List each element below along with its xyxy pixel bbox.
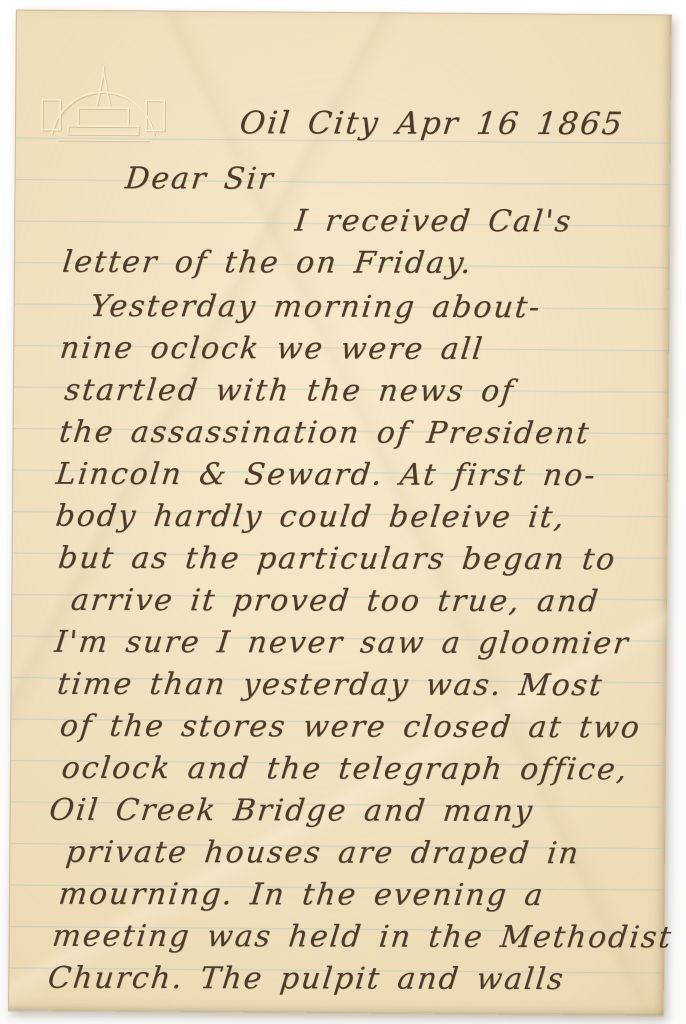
letter-line: meeting was held in the Methodist: [51, 919, 675, 956]
embossed-capitol-seal-icon: [38, 56, 169, 152]
letter-line: Lincoln & Seward. At first no-: [54, 457, 598, 493]
letter-line: nine oclock we were all: [58, 331, 486, 367]
letter-line: Church. The pulpit and walls: [46, 961, 566, 997]
letter-line: I'm sure I never saw a gloomier: [53, 625, 632, 661]
letter-paper: Oil City Apr 16 1865 Dear Sir I received…: [8, 9, 672, 1016]
letter-line: body hardly could beleive it,: [54, 499, 568, 535]
letter-line: but as the particulars began to: [56, 541, 618, 577]
letter-line: mourning. In the evening a: [57, 877, 546, 913]
letter-line: oclock and the telegraph office,: [60, 751, 630, 787]
scan-background: Oil City Apr 16 1865 Dear Sir I received…: [0, 0, 686, 1024]
letter-line: Oil Creek Bridge and many: [48, 793, 536, 829]
letter-line: of the stores were closed at two: [58, 709, 643, 745]
letter-line: startled with the news of: [63, 373, 517, 409]
letter-line: Yesterday morning about-: [88, 289, 543, 325]
letter-line: time than yesterday was. Most: [56, 667, 606, 703]
salutation: Dear Sir: [123, 161, 276, 196]
dateline: Oil City Apr 16 1865: [238, 105, 626, 142]
letter-line: the assassination of President: [57, 415, 592, 451]
letter-line: I received Cal's: [293, 204, 574, 240]
letter-line: letter of the on Friday.: [61, 245, 475, 281]
letter-line: private houses are draped in: [64, 835, 582, 871]
letter-line: arrive it proved too true, and: [69, 583, 601, 619]
